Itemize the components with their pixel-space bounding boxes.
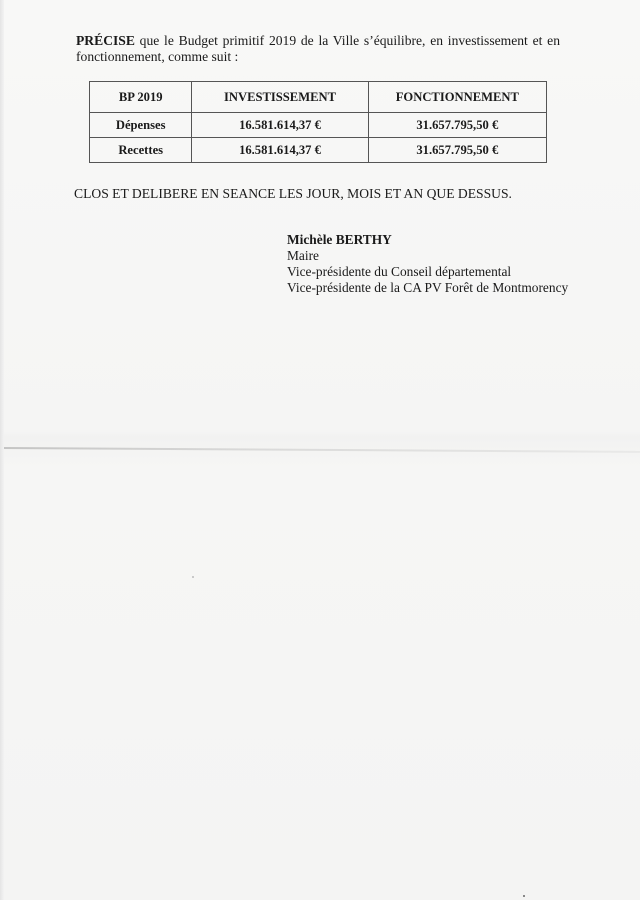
closing-statement: CLOS ET DELIBERE EN SEANCE LES JOUR, MOI… (74, 186, 512, 202)
signatory-title: Vice-présidente de la CA PV Forêt de Mon… (287, 280, 568, 296)
table-row: Recettes 16.581.614,37 € 31.657.795,50 € (90, 138, 547, 163)
header-bp: BP 2019 (90, 82, 192, 113)
signatory-title: Vice-présidente du Conseil départemental (287, 264, 568, 280)
cell-fonctionnement: 31.657.795,50 € (368, 138, 546, 163)
scanned-page: PRÉCISE que le Budget primitif 2019 de l… (0, 0, 640, 900)
intro-bold-word: PRÉCISE (76, 33, 135, 48)
scan-speck (523, 895, 525, 897)
intro-paragraph: PRÉCISE que le Budget primitif 2019 de l… (76, 33, 560, 65)
signatory-name: Michèle BERTHY (287, 232, 568, 248)
row-label: Dépenses (90, 113, 192, 138)
page-edge (0, 0, 4, 900)
page-fold-line (4, 447, 640, 453)
scan-speck (192, 576, 194, 578)
cell-fonctionnement: 31.657.795,50 € (368, 113, 546, 138)
table-header-row: BP 2019 INVESTISSEMENT FONCTIONNEMENT (90, 82, 547, 113)
row-label: Recettes (90, 138, 192, 163)
cell-investissement: 16.581.614,37 € (192, 138, 368, 163)
cell-investissement: 16.581.614,37 € (192, 113, 368, 138)
budget-table: BP 2019 INVESTISSEMENT FONCTIONNEMENT Dé… (89, 81, 547, 163)
signature-block: Michèle BERTHY Maire Vice-présidente du … (287, 232, 568, 296)
signatory-title: Maire (287, 248, 568, 264)
table-row: Dépenses 16.581.614,37 € 31.657.795,50 € (90, 113, 547, 138)
header-fonctionnement: FONCTIONNEMENT (368, 82, 546, 113)
intro-text: que le Budget primitif 2019 de la Ville … (76, 33, 560, 64)
header-investissement: INVESTISSEMENT (192, 82, 368, 113)
